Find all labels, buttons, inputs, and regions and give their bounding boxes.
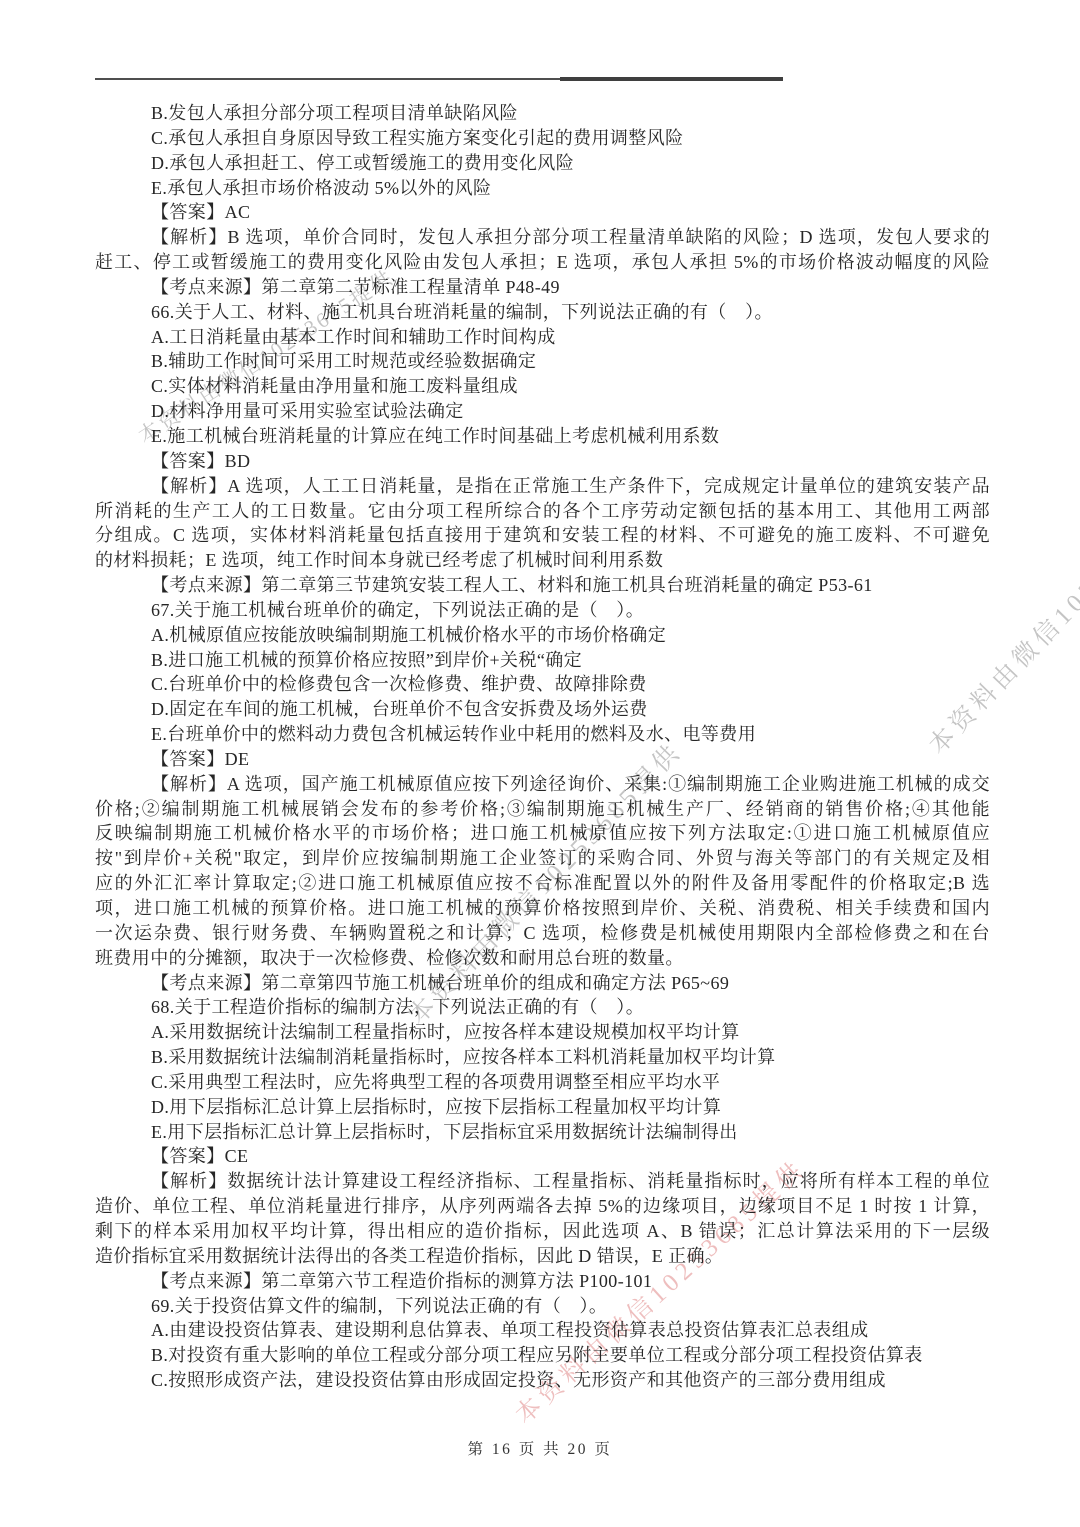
text-line: 班费用中的分摊额，取决于一次检修费、检修次数和耐用总台班的数量。 bbox=[95, 946, 990, 971]
text-line: 68.关于工程造价指标的编制方法，下列说法正确的有（ ）。 bbox=[95, 995, 990, 1020]
text-line: 项，进口施工机械的预算价格。进口施工机械的预算价格按照到岸价、关税、消费税、相关… bbox=[95, 896, 990, 921]
text-line: 【答案】BD bbox=[95, 449, 990, 474]
text-line: D.固定在车间的施工机械，台班单价不包含安拆费及场外运费 bbox=[95, 697, 990, 722]
text-line: 【解析】B 选项，单价合同时，发包人承担分部分项工程量清单缺陷的风险；D 选项，… bbox=[95, 225, 990, 250]
text-line: B.采用数据统计法编制消耗量指标时，应按各样本工料机消耗量加权平均计算 bbox=[95, 1045, 990, 1070]
text-line: 造价指标宜采用数据统计法得出的各类工程造价指标，因此 D 错误，E 正确。 bbox=[95, 1244, 990, 1269]
page-number-footer: 第 16 页 共 20 页 bbox=[0, 1437, 1080, 1459]
text-line: B.进口施工机械的预算价格应按照”到岸价+关税“确定 bbox=[95, 648, 990, 673]
scanned-exam-page: 本资料由微信10253685提供 本资料由微信10253685提供 本资料由微信… bbox=[0, 0, 1080, 1527]
text-line: 【解析】A 选项，人工工日消耗量，是指在正常施工生产条件下，完成规定计量单位的建… bbox=[95, 474, 990, 499]
text-line: 66.关于人工、材料、施工机具台班消耗量的编制，下列说法正确的有（ ）。 bbox=[95, 300, 990, 325]
text-line: A.由建设投资估算表、建设期利息估算表、单项工程投资估算表总投资估算表汇总表组成 bbox=[95, 1318, 990, 1343]
text-line: 【解析】数据统计法计算建设工程经济指标、工程量指标、消耗量指标时，应将所有样本工… bbox=[95, 1169, 990, 1194]
text-line: E.承包人承担市场价格波动 5%以外的风险 bbox=[95, 176, 990, 201]
text-line: 的材料损耗；E 选项，纯工作时间本身就已经考虑了机械时间利用系数 bbox=[95, 548, 990, 573]
text-line: E.用下层指标汇总计算上层指标时，下层指标宜采用数据统计法编制得出 bbox=[95, 1120, 990, 1145]
text-line: B.辅助工作时间可采用工时规范或经验数据确定 bbox=[95, 349, 990, 374]
text-line: 剩下的样本采用加权平均计算，得出相应的造价指标，因此选项 A、B 错误；汇总计算… bbox=[95, 1219, 990, 1244]
text-line: D.用下层指标汇总计算上层指标时，应按下层指标工程量加权平均计算 bbox=[95, 1095, 990, 1120]
text-line: 67.关于施工机械台班单价的确定，下列说法正确的是（ ）。 bbox=[95, 598, 990, 623]
text-line: 【答案】AC bbox=[95, 200, 990, 225]
text-line: A.机械原值应按能放映编制期施工机械价格水平的市场价格确定 bbox=[95, 623, 990, 648]
text-line: 【考点来源】第二章第三节建筑安装工程人工、材料和施工机具台班消耗量的确定 P53… bbox=[95, 573, 990, 598]
text-line: A.工日消耗量由基本工作时间和辅助工作时间构成 bbox=[95, 325, 990, 350]
text-line: 按"到岸价+关税"取定，到岸价应按编制期施工企业签订的采购合同、外贸与海关等部门… bbox=[95, 846, 990, 871]
text-line: 【解析】A 选项，国产施工机械原值应按下列途径询价、采集:①编制期施工企业购进施… bbox=[95, 772, 990, 797]
text-line: 分组成。C 选项，实体材料消耗量包括直接用于建筑和安装工程的材料、不可避免的施工… bbox=[95, 523, 990, 548]
text-line: E.施工机械台班消耗量的计算应在纯工作时间基础上考虑机械利用系数 bbox=[95, 424, 990, 449]
text-line: 所消耗的生产工人的工日数量。它由分项工程所综合的各个工序劳动定额包括的基本用工、… bbox=[95, 499, 990, 524]
text-line: B.发包人承担分部分项工程项目清单缺陷风险 bbox=[95, 101, 990, 126]
text-line: C.实体材料消耗量由净用量和施工废料量组成 bbox=[95, 374, 990, 399]
text-line: 赶工、停工或暂缓施工的费用变化风险由发包人承担；E 选项，承包人承担 5%的市场… bbox=[95, 250, 990, 275]
text-line: E.台班单价中的燃料动力费包含机械运转作业中耗用的燃料及水、电等费用 bbox=[95, 722, 990, 747]
text-line: A.采用数据统计法编制工程量指标时，应按各样本建设规模加权平均计算 bbox=[95, 1020, 990, 1045]
text-line: 【考点来源】第二章第六节工程造价指标的测算方法 P100-101 bbox=[95, 1269, 990, 1294]
text-line: 一次运杂费、银行财务费、车辆购置税之和计算；C 选项，检修费是机械使用期限内全部… bbox=[95, 921, 990, 946]
text-line: C.按照形成资产法，建设投资估算由形成固定投资、无形资产和其他资产的三部分费用组… bbox=[95, 1368, 990, 1393]
text-line: 造价、单位工程、单位消耗量进行排序，从序列两端各去掉 5%的边缘项目，边缘项目不… bbox=[95, 1194, 990, 1219]
text-line: 【答案】CE bbox=[95, 1144, 990, 1169]
text-line: C.承包人承担自身原因导致工程实施方案变化引起的费用调整风险 bbox=[95, 126, 990, 151]
text-line: C.采用典型工程法时，应先将典型工程的各项费用调整至相应平均水平 bbox=[95, 1070, 990, 1095]
text-line: 69.关于投资估算文件的编制，下列说法正确的有（ ）。 bbox=[95, 1294, 990, 1319]
document-text-block: B.发包人承担分部分项工程项目清单缺陷风险C.承包人承担自身原因导致工程实施方案… bbox=[95, 101, 990, 1393]
text-line: 【考点来源】第二章第二节标准工程量清单 P48-49 bbox=[95, 275, 990, 300]
text-line: 【答案】DE bbox=[95, 747, 990, 772]
text-line: 价格;②编制期施工机械展销会发布的参考价格;③编制期施工机械生产厂、经销商的销售… bbox=[95, 797, 990, 822]
text-line: C.台班单价中的检修费包含一次检修费、维护费、故障排除费 bbox=[95, 672, 990, 697]
text-line: D.材料净用量可采用实验室试验法确定 bbox=[95, 399, 990, 424]
text-line: 【考点来源】第二章第四节施工机械台班单价的组成和确定方法 P65~69 bbox=[95, 971, 990, 996]
text-line: D.承包人承担赶工、停工或暂缓施工的费用变化风险 bbox=[95, 151, 990, 176]
header-rule-thick-segment bbox=[560, 77, 783, 81]
text-line: 应的外汇汇率计算取定;②进口施工机械原值应按不合标准配置以外的附件及备用零配件的… bbox=[95, 871, 990, 896]
text-line: B.对投资有重大影响的单位工程或分部分项工程应另附主要单位工程或分部分项工程投资… bbox=[95, 1343, 990, 1368]
text-line: 反映编制期施工机械价格水平的市场价格；进口施工机械原值应按下列方法取定:①进口施… bbox=[95, 821, 990, 846]
